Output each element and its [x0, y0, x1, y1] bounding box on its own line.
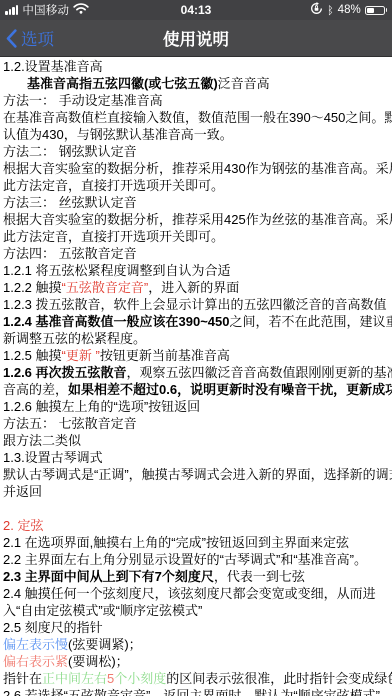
text-run: 方法五： 七弦散音定音	[3, 416, 137, 431]
back-button-label: 选项	[21, 26, 54, 50]
text-run: ，代表一到七弦	[214, 569, 305, 584]
battery-nub	[386, 8, 388, 12]
text-line: 入“自由定弦模式”或“顺序定弦模式”	[3, 602, 391, 619]
text-line: 跟方法二类似	[3, 432, 391, 449]
battery-icon	[365, 6, 387, 15]
text-line: 默认古琴调式是“正调”，触摸古琴调式会进入新的界面，选择新的调式	[3, 466, 391, 483]
text-run: 指针在	[3, 671, 42, 686]
text-run: 此方法定音，直接打开选项开关即可。	[3, 229, 224, 244]
text-line: 2.2 主界面左右上角分别显示设置好的“古琴调式”和“基准音高”。	[3, 551, 391, 568]
text-run: 方法四： 五弦散音定音	[3, 246, 137, 261]
text-line: 1.3.设置古琴调式	[3, 449, 391, 466]
text-line: 1.2.设置基准音高	[3, 58, 391, 75]
text-run: 2.1 在选项界面,触摸右上角的“完成”按钮返回到主界面来定弦	[3, 535, 349, 550]
text-run: 2.6 若选择“五弦散音定音”，返回主界面时，默认为“顺序定弦模式”	[3, 688, 380, 696]
text-run: 2.2 主界面左右上角分别显示设置好的“古琴调式”和“基准音高”。	[3, 552, 367, 567]
text-run: 1.2.6 再次拨五弦散音	[3, 365, 127, 380]
text-line: 2.3 主界面中间从上到下有7个刻度尺，代表一到七弦	[3, 568, 391, 585]
text-run: 音高的差，	[3, 382, 68, 397]
rotation-lock-icon	[310, 2, 323, 18]
text-run: 个小刻度	[114, 671, 166, 686]
text-run: 1.2.2 触摸	[3, 280, 62, 295]
text-line: 新调整五弦的松紧程度。	[3, 330, 391, 347]
text-run: ，进入新的界面	[148, 280, 239, 295]
page-title: 使用说明	[0, 20, 392, 56]
text-line: 2. 定弦	[3, 517, 391, 534]
text-run: 在基准音高数值栏直接输入数值，数值范围一般在390～450之间。默	[3, 110, 392, 125]
text-line: 根据大音实验室的数据分析，推荐采用425作为丝弦的基准音高。采用	[3, 211, 391, 228]
text-line: 2.1 在选项界面,触摸右上角的“完成”按钮返回到主界面来定弦	[3, 534, 391, 551]
text-run: 1.3.设置古琴调式	[3, 450, 103, 465]
text-run: 根据大音实验室的数据分析，推荐采用430作为钢弦的基准音高。采用	[3, 161, 392, 176]
wifi-icon	[73, 3, 89, 17]
text-line: 1.2.4 基准音高数值一般应该在390~450之间，若不在此范围，建议重	[3, 313, 391, 330]
bluetooth-icon: ᛒ	[327, 5, 334, 16]
text-run: 偏右表示紧	[3, 654, 68, 669]
text-run: 按钮更新当前基准音高	[100, 348, 230, 363]
text-run: 1.2.4 基准音高数值一般应该在390~450	[3, 314, 230, 329]
text-line: 方法五： 七弦散音定音	[3, 415, 391, 432]
text-run: “更新 ”	[62, 348, 100, 363]
text-line: 方法一： 手动设定基准音高	[3, 92, 391, 109]
back-button[interactable]: 选项	[6, 20, 54, 56]
text-line: 此方法定音，直接打开选项开关即可。	[3, 177, 391, 194]
text-run: 1.2.1 将五弦松紧程度调整到自认为合适	[3, 263, 231, 278]
text-line: 2.5 刻度尺的指针	[3, 619, 391, 636]
text-run: (弦要调紧)；	[68, 637, 142, 652]
text-line: 2.4 触摸任何一个弦刻度尺，该弦刻度尺都会变宽或变细，从而进	[3, 585, 391, 602]
text-run: 此方法定音，直接打开选项开关即可。	[3, 178, 224, 193]
text-line: 2.6 若选择“五弦散音定音”，返回主界面时，默认为“顺序定弦模式”	[3, 687, 391, 696]
instructions-text[interactable]: 1.2.设置基准音高基准音高指五弦四徽(或七弦五徽)泛音音高方法一： 手动设定基…	[0, 57, 392, 696]
text-run: 方法二： 钢弦默认定音	[3, 144, 137, 159]
text-run: 并返回	[3, 484, 42, 499]
text-line: 方法二： 钢弦默认定音	[3, 143, 391, 160]
text-run: 入“自由定弦模式”或“顺序定弦模式”	[3, 603, 202, 618]
status-bar: 中国移动 04:13 ᛒ 48%	[0, 0, 392, 20]
text-run: 之间，若不在此范围，建议重	[230, 314, 392, 329]
text-run: 如果相差不超过0.6，说明更新时没有噪音干扰，更新成功	[68, 382, 392, 397]
text-run: 偏左表示慢	[3, 637, 68, 652]
text-run: 1.2.5 触摸	[3, 348, 62, 363]
battery-fill	[367, 8, 375, 13]
text-run: 2.4 触摸任何一个弦刻度尺，该弦刻度尺都会变宽或变细，从而进	[3, 586, 376, 601]
text-run: 的区间表示弦很准，此时指针会变成绿色	[166, 671, 392, 686]
text-line: 偏左表示慢(弦要调紧)；	[3, 636, 391, 653]
text-line: 指针在正中间左右5个小刻度的区间表示弦很准，此时指针会变成绿色	[3, 670, 391, 687]
text-run: 方法三： 丝弦默认定音	[3, 195, 137, 210]
text-run: 根据大音实验室的数据分析，推荐采用425作为丝弦的基准音高。采用	[3, 212, 392, 227]
text-line: 基准音高指五弦四徽(或七弦五徽)泛音音高	[3, 75, 391, 92]
chevron-left-icon	[6, 29, 17, 48]
screen: 中国移动 04:13 ᛒ 48%	[0, 0, 392, 696]
text-run: “五弦散音定音”	[62, 280, 149, 295]
text-run: 2.3 主界面中间从上到下有7个刻度尺	[3, 569, 214, 584]
text-line: 方法四： 五弦散音定音	[3, 245, 391, 262]
carrier-label: 中国移动	[22, 2, 69, 18]
text-run: 默认古琴调式是“正调”，触摸古琴调式会进入新的界面，选择新的调式	[3, 467, 392, 482]
text-line: 1.2.1 将五弦松紧程度调整到自认为合适	[3, 262, 391, 279]
text-run: 2.5 刻度尺的指针	[3, 620, 103, 635]
text-line: 音高的差，如果相差不超过0.6，说明更新时没有噪音干扰，更新成功	[3, 381, 391, 398]
text-line: 认值为430，与钢弦默认基准音高一致。	[3, 126, 391, 143]
text-line: 1.2.6 触摸左上角的“选项”按钮返回	[3, 398, 391, 415]
battery-percent-label: 48%	[338, 4, 361, 16]
text-run: 泛音音高	[218, 76, 270, 91]
text-line: 1.2.5 触摸“更新 ”按钮更新当前基准音高	[3, 347, 391, 364]
nav-bar: 选项 使用说明	[0, 20, 392, 57]
text-run: 认值为430，与钢弦默认基准音高一致。	[3, 127, 233, 142]
text-run: 方法一： 手动设定基准音高	[3, 93, 163, 108]
text-run: 基准音高指五弦四徽(或七弦五徽)	[27, 76, 218, 91]
text-run: (要调松)；	[68, 654, 129, 669]
text-line	[3, 500, 391, 517]
text-line: 根据大音实验室的数据分析，推荐采用430作为钢弦的基准音高。采用	[3, 160, 391, 177]
text-run: 2. 定弦	[3, 518, 43, 533]
text-run: 1.2.6 触摸左上角的“选项”按钮返回	[3, 399, 200, 414]
text-line: 1.2.6 再次拨五弦散音，观察五弦四徽泛音音高数值跟刚刚更新的基准	[3, 364, 391, 381]
text-run: 正中间左右	[42, 671, 107, 686]
text-line: 1.2.3 拨五弦散音，软件上会显示计算出的五弦四徽泛音的音高数值	[3, 296, 391, 313]
text-line: 在基准音高数值栏直接输入数值，数值范围一般在390～450之间。默	[3, 109, 391, 126]
cellular-signal-icon	[5, 5, 18, 15]
text-run: ，观察五弦四徽泛音音高数值跟刚刚更新的基准	[127, 365, 392, 380]
text-run: 1.2.设置基准音高	[3, 59, 103, 74]
text-run: 跟方法二类似	[3, 433, 81, 448]
text-line: 并返回	[3, 483, 391, 500]
status-bar-left: 中国移动	[5, 2, 89, 18]
text-line: 偏右表示紧(要调松)；	[3, 653, 391, 670]
text-line: 方法三： 丝弦默认定音	[3, 194, 391, 211]
text-run: 新调整五弦的松紧程度。	[3, 331, 146, 346]
text-line: 1.2.2 触摸“五弦散音定音”，进入新的界面	[3, 279, 391, 296]
text-run: 1.2.3 拨五弦散音，软件上会显示计算出的五弦四徽泛音的音高数值	[3, 297, 387, 312]
text-line: 此方法定音，直接打开选项开关即可。	[3, 228, 391, 245]
status-bar-right: ᛒ 48%	[310, 2, 387, 18]
